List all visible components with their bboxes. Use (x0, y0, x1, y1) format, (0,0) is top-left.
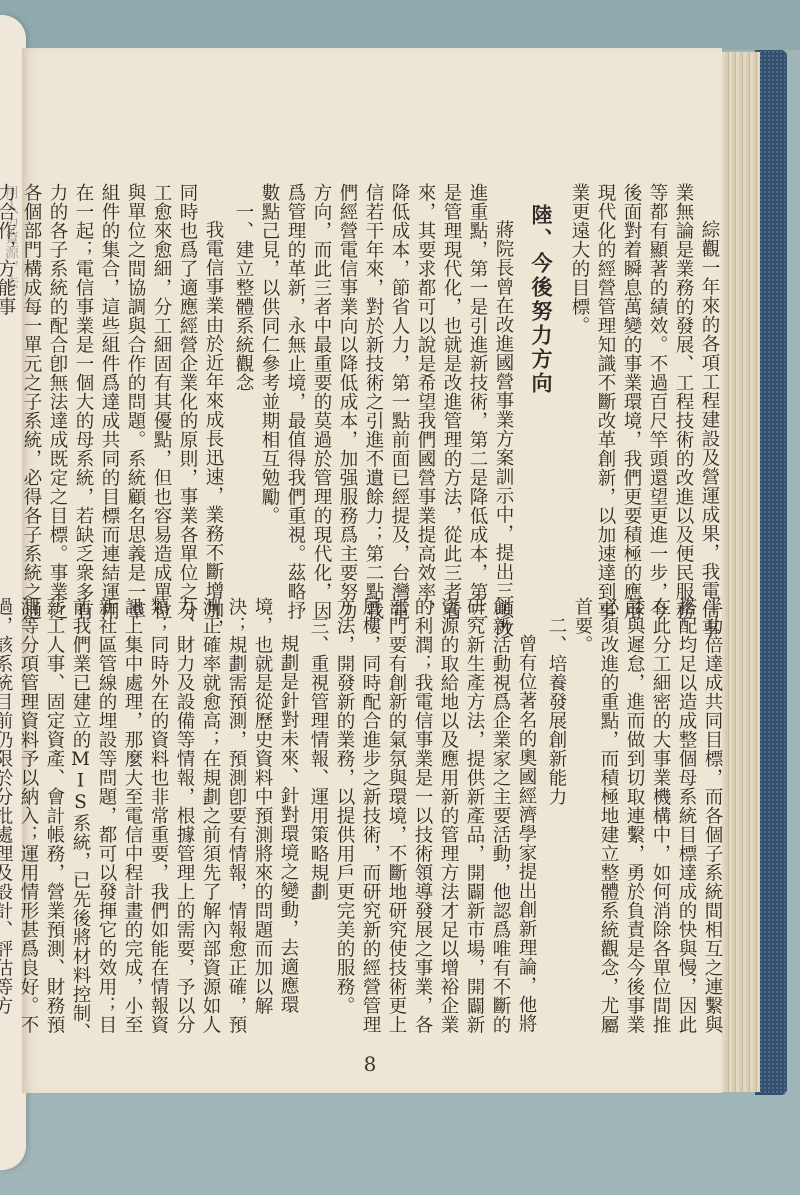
lower-text-block: 半功倍達成共同目標，而各個子系統間相互之連繫與搭配均足以造成整個母系統目標達成的… (40, 597, 725, 1047)
background-surface (0, 0, 800, 50)
section-heading: 陸、今後努力方向 (528, 183, 554, 638)
section-paragraph: 蔣院長曾在改進國營事業方案訓示中，提出三項改進重點，第一是引進新技術，第二是降低… (256, 183, 516, 638)
subsection-3-heading: 三、重視管理情報、運用策略規劃 (305, 597, 331, 1047)
intro-paragraph: 綜觀一年來的各項工程建設及營運成果，我電信事業無論是業務的發展、工程技術的改進以… (566, 183, 722, 638)
page-number: 8 (355, 1052, 385, 1076)
subsection-1-continued: 半功倍達成共同目標，而各個子系統間相互之連繫與搭配均足以造成整個母系統目標達成的… (569, 597, 725, 1047)
subsection-3-paragraph: 規劃是針對未來、針對環境之變動，去適應環境，也就是從歷史資料中預測將來的問題而加… (0, 597, 301, 1047)
subsection-1-paragraph: 我電信事業由於近年來成長迅速，業務不斷增加，同時也爲了適應經營企業化的原則，事業… (0, 183, 226, 638)
subsection-2-heading: 二、培養發展創新能力 (543, 597, 569, 1047)
subsection-2-paragraph: 曾有位著名的奧國經濟學家提出創新理論，他將創新活動視爲企業家之主要活動，他認爲唯… (331, 597, 539, 1047)
upper-text-block: 綜觀一年來的各項工程建設及營運成果，我電信事業無論是業務的發展、工程技術的改進以… (32, 183, 722, 638)
subsection-1-heading: 一、建立整體系統觀念 (230, 183, 256, 638)
